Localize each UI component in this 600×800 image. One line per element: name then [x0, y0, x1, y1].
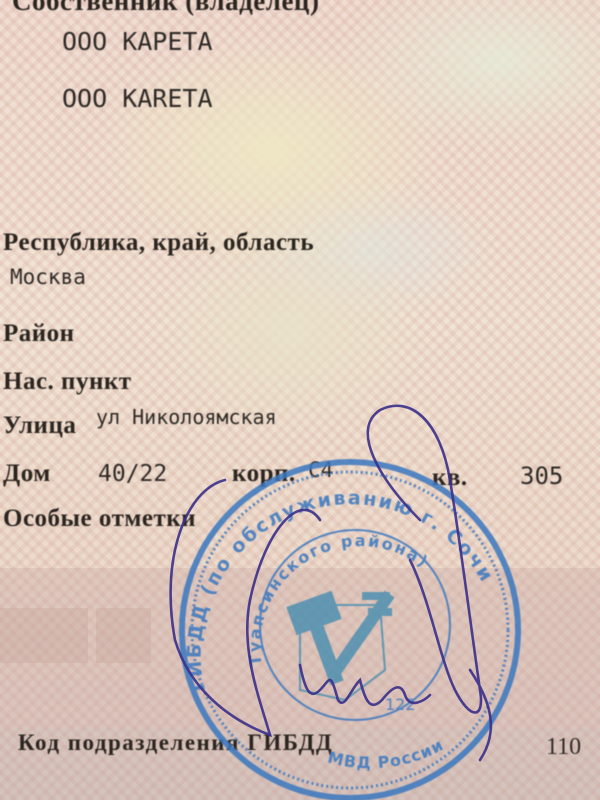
stamp-inner-text: Туапсинского района)	[245, 531, 433, 667]
stamp-number: 122	[385, 695, 416, 714]
stamp-and-signature: ГИБДД (по обслуживанию г. Сочи Туапсинск…	[0, 0, 600, 800]
stamp-emblem-icon	[286, 591, 394, 700]
gibdd-stamp: ГИБДД (по обслуживанию г. Сочи Туапсинск…	[182, 462, 518, 798]
svg-text:Туапсинского района): Туапсинского района)	[245, 531, 433, 667]
